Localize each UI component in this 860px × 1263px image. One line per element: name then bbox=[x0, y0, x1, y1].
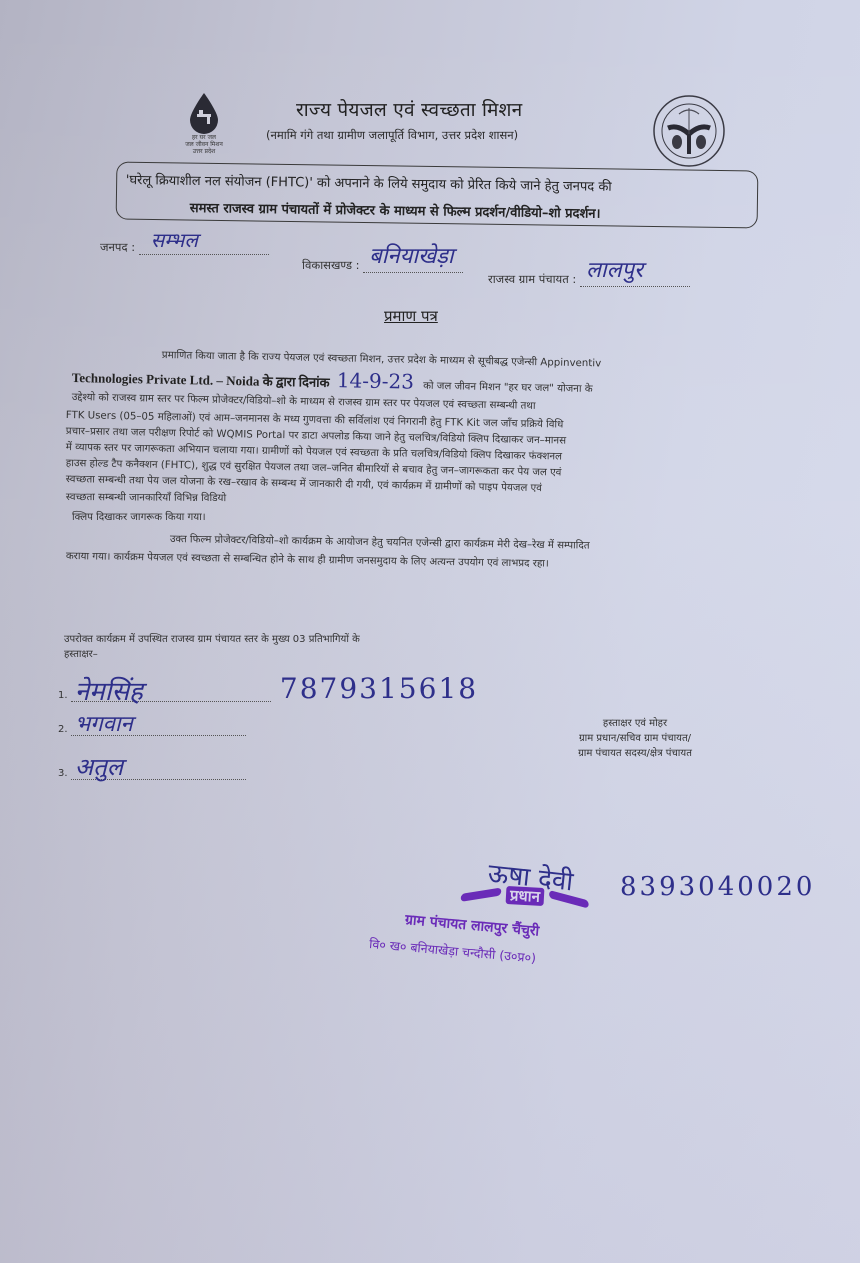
panchayat-value-line: लालपुर bbox=[580, 272, 690, 287]
para2-line-2: कराया गया। कार्यक्रम पेयजल एवं स्वच्छता … bbox=[66, 549, 549, 572]
participant-number: 1. bbox=[58, 690, 68, 701]
district-value-line: सम्भल bbox=[139, 240, 269, 255]
agency-name: Technologies Private Ltd. – Noida के द्व… bbox=[72, 370, 330, 390]
para1-line-10: क्लिप दिखाकर जागरूक किया गया। bbox=[72, 510, 206, 526]
signatory-label-3: ग्राम पंचायत सदस्य/क्षेत्र पंचायत bbox=[550, 746, 720, 761]
participants-intro-line-2: हस्ताक्षर– bbox=[64, 647, 360, 662]
participants-intro-line-1: उपरोक्त कार्यक्रम में उपस्थित राजस्व ग्र… bbox=[64, 632, 360, 647]
block-value-line: बनियाखेड़ा bbox=[363, 258, 463, 273]
panchayat-value: लालपुर bbox=[586, 254, 643, 284]
para1-line-2-end: को जल जीवन मिशन "हर घर जल" योजना के bbox=[423, 381, 593, 395]
district-field: जनपद : सम्भल bbox=[100, 240, 269, 255]
water-drop-icon bbox=[187, 92, 221, 134]
participant-signature-line: अतुल bbox=[71, 768, 246, 780]
logo-caption-2: जल जीवन मिशन bbox=[180, 141, 228, 148]
logo-caption-1: हर घर जल bbox=[180, 134, 228, 141]
up-government-seal-icon bbox=[652, 94, 726, 168]
district-label: जनपद : bbox=[100, 240, 135, 254]
mission-subtitle: (नमामि गंगे तथा ग्रामीण जलापूर्ति विभाग,… bbox=[266, 128, 518, 143]
logo-caption-3: उत्तर प्रदेश bbox=[180, 148, 228, 155]
signatory-labels: हस्ताक्षर एवं मोहर ग्राम प्रधान/सचिव ग्र… bbox=[550, 716, 720, 761]
block-value: बनियाखेड़ा bbox=[369, 240, 453, 270]
participant-signature: अतुल bbox=[75, 750, 123, 783]
participant-signature-line: नेमसिंह bbox=[71, 690, 271, 702]
participant-row-3: 3. अतुल bbox=[58, 768, 246, 780]
panchayat-label: राजस्व ग्राम पंचायत : bbox=[488, 272, 576, 286]
para1-line-9: स्वच्छता सम्बन्धी जानकारियाँ विभिन्न विड… bbox=[66, 490, 226, 507]
participant-signature: भगवान bbox=[75, 708, 133, 738]
event-date: 14-9-23 bbox=[337, 368, 415, 393]
stamp-band-left bbox=[461, 887, 502, 901]
stamp-title: प्रधान bbox=[506, 886, 545, 906]
mission-title: राज्य पेयजल एवं स्वच्छता मिशन bbox=[296, 96, 522, 122]
participant-signature-line: भगवान bbox=[71, 724, 246, 736]
signatory-label-1: हस्ताक्षर एवं मोहर bbox=[550, 716, 720, 731]
jal-jeevan-mission-logo: हर घर जल जल जीवन मिशन उत्तर प्रदेश bbox=[180, 92, 228, 162]
panchayat-field: राजस्व ग्राम पंचायत : लालपुर bbox=[488, 272, 690, 287]
participant-number: 2. bbox=[58, 724, 68, 735]
participant-signature: नेमसिंह bbox=[75, 672, 143, 708]
block-label: विकासखण्ड : bbox=[302, 258, 360, 272]
participant-number: 3. bbox=[58, 768, 68, 779]
participant-phone: 7879315618 bbox=[280, 672, 478, 705]
participant-row-1: 1. नेमसिंह 7879315618 bbox=[58, 672, 478, 705]
participants-intro: उपरोक्त कार्यक्रम में उपस्थित राजस्व ग्र… bbox=[64, 632, 360, 662]
pradhan-stamp: प्रधान ग्राम पंचायत लालपुर चैंचुरी वि० ख… bbox=[410, 886, 640, 952]
stamp-band-right bbox=[549, 890, 589, 909]
pradhan-phone: 8393040020 bbox=[620, 872, 815, 902]
district-value: सम्भल bbox=[151, 226, 198, 253]
certificate-title: प्रमाण पत्र bbox=[384, 306, 438, 326]
block-field: विकासखण्ड : बनियाखेड़ा bbox=[302, 258, 463, 273]
participant-row-2: 2. भगवान bbox=[58, 724, 246, 736]
signatory-label-2: ग्राम प्रधान/सचिव ग्राम पंचायत/ bbox=[550, 731, 720, 746]
